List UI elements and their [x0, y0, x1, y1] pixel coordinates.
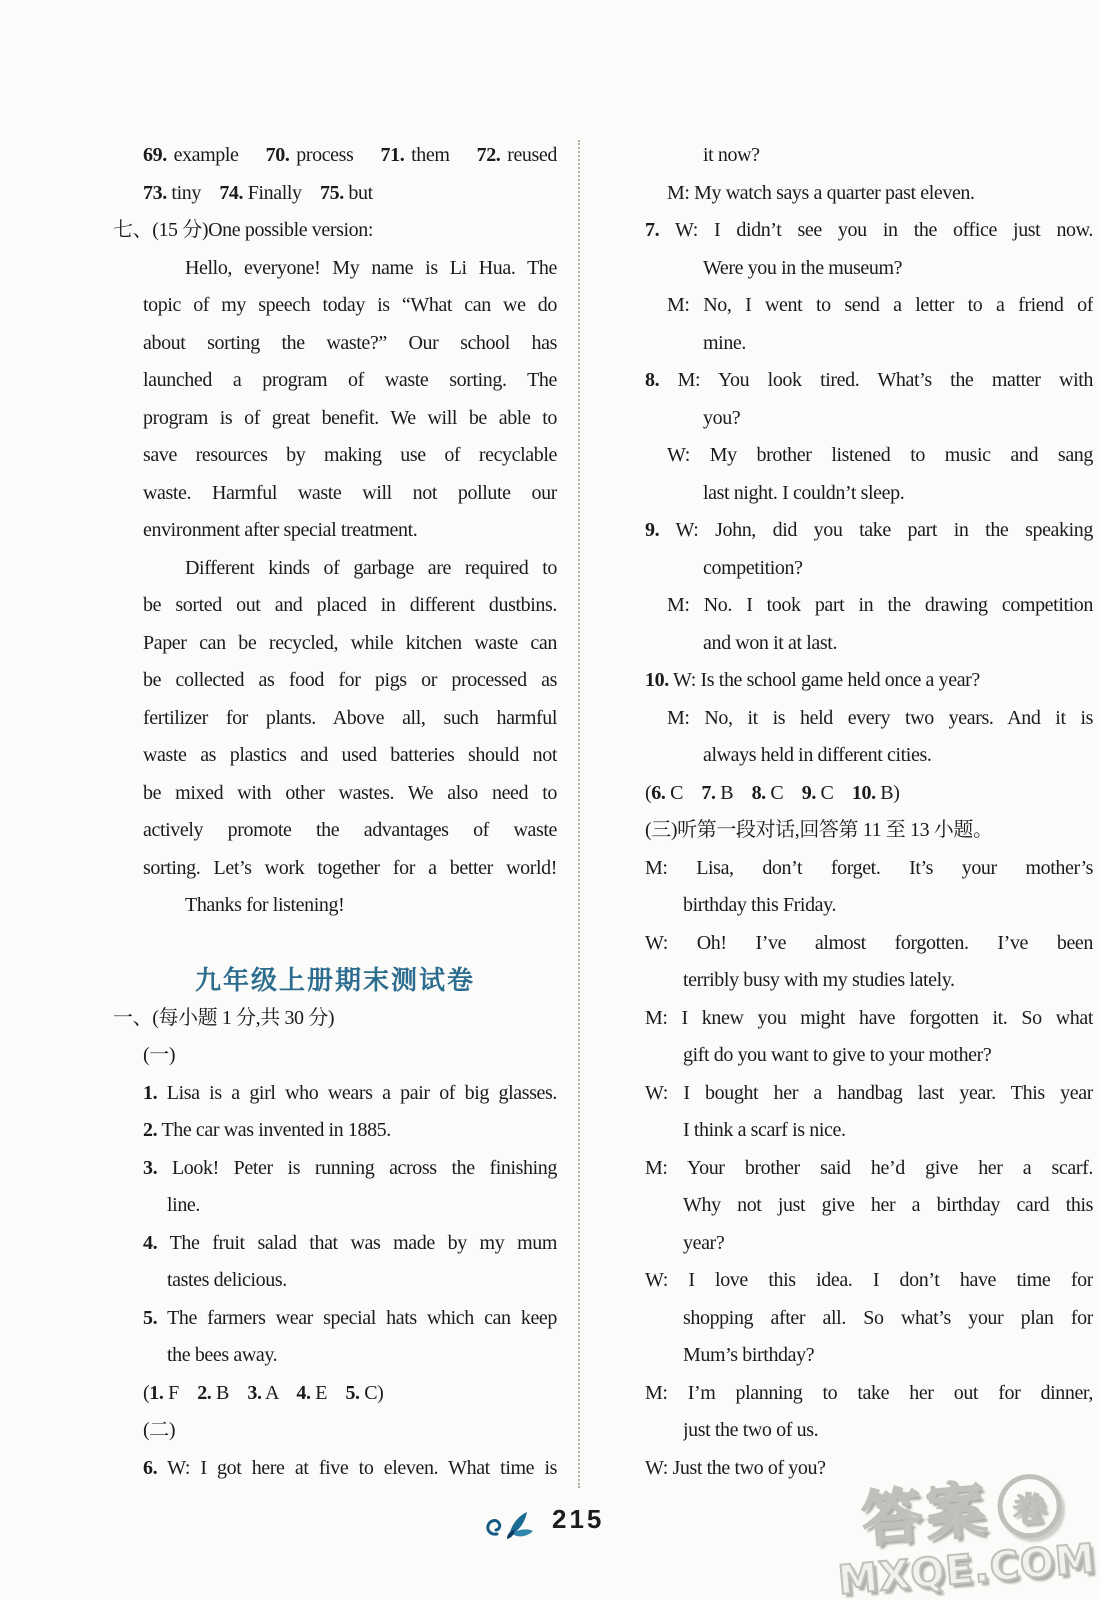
text-line: waste as plastics and used batteries sho… — [143, 737, 557, 775]
text-line: topic of my speech today is “What can we… — [143, 287, 557, 325]
text-line: 3. Look! Peter is running across the fin… — [143, 1150, 557, 1188]
text-line: W: I love this idea. I don’t have time f… — [645, 1262, 1093, 1300]
text-line: tastes delicious. — [167, 1262, 557, 1300]
text-line: you? — [703, 400, 1093, 438]
text-line: Different kinds of garbage are required … — [185, 550, 557, 588]
text-line: I think a scarf is nice. — [683, 1112, 1093, 1150]
text-line: 69. example 70. process 71. them 72. reu… — [143, 137, 557, 175]
text-line: 6. W: I got here at five to eleven. What… — [143, 1450, 557, 1488]
text-line: fertilizer for plants. Above all, such h… — [143, 700, 557, 738]
text-line: last night. I couldn’t sleep. — [703, 475, 1093, 513]
text-line: M: I knew you might have forgotten it. S… — [645, 1000, 1093, 1038]
site-watermark: 答案 卷 MXQE.COM — [830, 1469, 1099, 1600]
text-line: (6. C 7. B 8. C 9. C 10. B) — [645, 775, 1093, 813]
text-line: Thanks for listening! — [185, 887, 557, 925]
text-line: 1. Lisa is a girl who wears a pair of bi… — [143, 1075, 557, 1113]
text-line: 7. W: I didn’t see you in the office jus… — [645, 212, 1093, 250]
text-line: program is of great benefit. We will be … — [143, 400, 557, 438]
text-line: M: Your brother said he’d give her a sca… — [645, 1150, 1093, 1188]
text-line: about sorting the waste?” Our school has — [143, 325, 557, 363]
text-line: (1. F 2. B 3. A 4. E 5. C) — [143, 1375, 557, 1413]
text-line — [143, 925, 557, 963]
page-number: 215 — [552, 1504, 604, 1535]
text-line: launched a program of waste sorting. The — [143, 362, 557, 400]
text-line: the bees away. — [167, 1337, 557, 1375]
text-line: 4. The fruit salad that was made by my m… — [143, 1225, 557, 1263]
text-line: environment after special treatment. — [143, 512, 557, 550]
text-line: save resources by making use of recyclab… — [143, 437, 557, 475]
text-line: 一、(每小题 1 分,共 30 分) — [113, 1000, 557, 1038]
text-line: actively promote the advantages of waste — [143, 812, 557, 850]
right-column: it now?M: My watch says a quarter past e… — [645, 137, 1093, 1487]
text-line: 73. tiny 74. Finally 75. but — [143, 175, 557, 213]
text-line: be mixed with other wastes. We also need… — [143, 775, 557, 813]
text-line: M: No. I took part in the drawing compet… — [667, 587, 1093, 625]
text-line: 8. M: You look tired. What’s the matter … — [645, 362, 1093, 400]
text-line: (三)听第一段对话,回答第 11 至 13 小题。 — [645, 812, 1093, 850]
text-line: shopping after all. So what’s your plan … — [683, 1300, 1093, 1338]
text-line: M: My watch says a quarter past eleven. — [667, 175, 1093, 213]
text-line: Mum’s birthday? — [683, 1337, 1093, 1375]
text-line: 10. W: Is the school game held once a ye… — [645, 662, 1093, 700]
text-line: sorting. Let’s work together for a bette… — [143, 850, 557, 888]
text-line: Hello, everyone! My name is Li Hua. The — [185, 250, 557, 288]
text-line: gift do you want to give to your mother? — [683, 1037, 1093, 1075]
text-line: (二) — [143, 1412, 557, 1450]
text-line: 9. W: John, did you take part in the spe… — [645, 512, 1093, 550]
text-line: year? — [683, 1225, 1093, 1263]
text-line: M: I’m planning to take her out for dinn… — [645, 1375, 1093, 1413]
watermark-circle-badge: 卷 — [995, 1471, 1064, 1540]
section-heading: 九年级上册期末测试卷 — [113, 962, 557, 1000]
text-line: be sorted out and placed in different du… — [143, 587, 557, 625]
text-line: 七、(15 分)One possible version: — [113, 212, 557, 250]
text-line: W: I bought her a handbag last year. Thi… — [645, 1075, 1093, 1113]
text-line: mine. — [703, 325, 1093, 363]
text-line: birthday this Friday. — [683, 887, 1093, 925]
text-line: 2. The car was invented in 1885. — [143, 1112, 557, 1150]
text-line: always held in different cities. — [703, 737, 1093, 775]
text-line: be collected as food for pigs or process… — [143, 662, 557, 700]
text-line: terribly busy with my studies lately. — [683, 962, 1093, 1000]
text-line: line. — [167, 1187, 557, 1225]
text-line: just the two of us. — [683, 1412, 1093, 1450]
text-line: it now? — [703, 137, 1093, 175]
scanned-answer-page: 69. example 70. process 71. them 72. reu… — [0, 0, 1100, 1600]
text-line: waste. Harmful waste will not pollute ou… — [143, 475, 557, 513]
text-line: 5. The farmers wear special hats which c… — [143, 1300, 557, 1338]
left-column: 69. example 70. process 71. them 72. reu… — [113, 137, 557, 1487]
text-line: (一) — [143, 1037, 557, 1075]
text-line: W: My brother listened to music and sang — [667, 437, 1093, 475]
butterfly-logo-icon — [486, 1500, 538, 1546]
column-divider-dotted-line — [578, 140, 580, 1488]
text-line: and won it at last. — [703, 625, 1093, 663]
text-line: Were you in the museum? — [703, 250, 1093, 288]
text-line: Why not just give her a birthday card th… — [683, 1187, 1093, 1225]
text-line: competition? — [703, 550, 1093, 588]
text-line: M: No, I went to send a letter to a frie… — [667, 287, 1093, 325]
text-line: Paper can be recycled, while kitchen was… — [143, 625, 557, 663]
text-line: M: No, it is held every two years. And i… — [667, 700, 1093, 738]
watermark-brand-text: 答案 — [860, 1480, 993, 1551]
text-line: W: Oh! I’ve almost forgotten. I’ve been — [645, 925, 1093, 963]
text-line: M: Lisa, don’t forget. It’s your mother’… — [645, 850, 1093, 888]
